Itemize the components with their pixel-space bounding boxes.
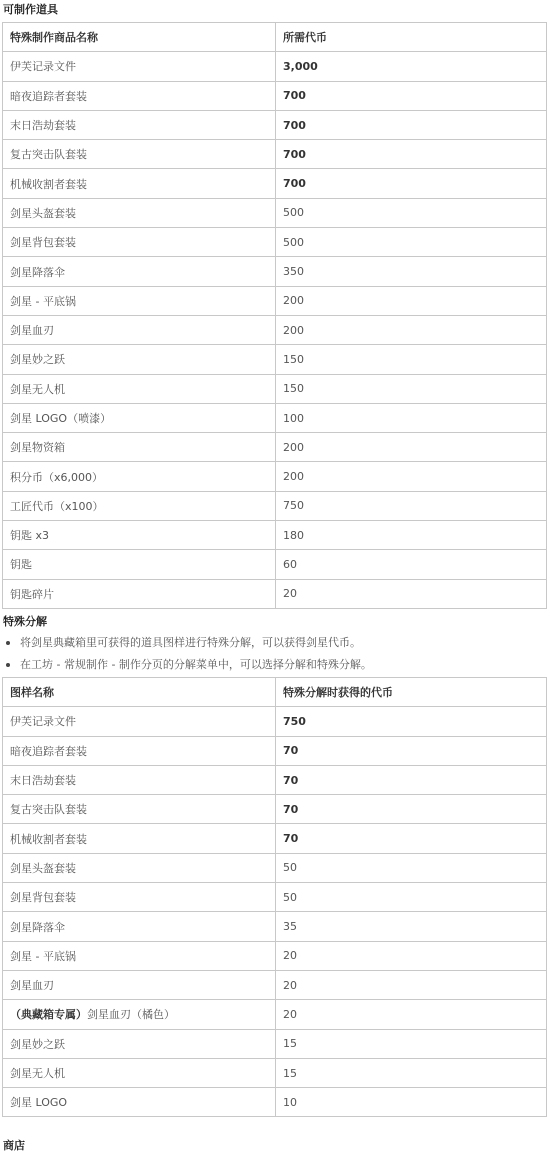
required-tokens-cell: 700	[276, 81, 547, 110]
required-tokens-cell: 200	[276, 462, 547, 491]
pattern-name-cell: 末日浩劫套装	[3, 765, 276, 794]
pattern-name-cell: 复古突击队套装	[3, 795, 276, 824]
item-name-cell: 积分币（x6,000）	[3, 462, 276, 491]
table-row: 剑星血刃20	[3, 970, 547, 999]
table-row: 钥匙60	[3, 550, 547, 579]
note-text: 在工坊 - 常规制作 - 制作分页的分解菜单中，可以选择分解和特殊分解。	[20, 658, 372, 671]
required-tokens-cell: 100	[276, 403, 547, 432]
pattern-name-cell: （典藏箱专属）剑星血刃（橘色）	[3, 1000, 276, 1029]
table-row: 剑星 - 平底锅200	[3, 286, 547, 315]
item-name-cell: 剑星血刃	[3, 315, 276, 344]
dismantle-table: 图样名称 特殊分解时获得的代币 伊芙记录文件750暗夜追踪者套装70末日浩劫套装…	[2, 677, 547, 1117]
item-name-cell: 剑星物资箱	[3, 433, 276, 462]
item-name-cell: 机械收割者套装	[3, 169, 276, 198]
table-row: 暗夜追踪者套装700	[3, 81, 547, 110]
tokens-obtained-cell: 35	[276, 912, 547, 941]
item-name-cell: 钥匙	[3, 550, 276, 579]
bullet-icon	[6, 663, 10, 667]
item-name-cell: 伊芙记录文件	[3, 52, 276, 81]
table-row: 末日浩劫套装700	[3, 110, 547, 139]
pattern-name-cell: 暗夜追踪者套装	[3, 736, 276, 765]
pattern-name-cell: 剑星 - 平底锅	[3, 941, 276, 970]
item-name-cell: 剑星背包套装	[3, 228, 276, 257]
list-item: 在工坊 - 常规制作 - 制作分页的分解菜单中，可以选择分解和特殊分解。	[0, 656, 550, 678]
section-title-craftable: 可制作道具	[3, 3, 58, 17]
pattern-name-cell: 剑星头盔套装	[3, 853, 276, 882]
tokens-obtained-cell: 20	[276, 970, 547, 999]
tokens-obtained-cell: 70	[276, 765, 547, 794]
pattern-name-cell: 伊芙记录文件	[3, 707, 276, 736]
required-tokens-cell: 350	[276, 257, 547, 286]
item-name-cell: 剑星妙之跃	[3, 345, 276, 374]
table-row: 剑星降落伞35	[3, 912, 547, 941]
table-header-row: 特殊制作商品名称 所需代币	[3, 23, 547, 52]
table-row: 剑星背包套装50	[3, 883, 547, 912]
table-row: 剑星物资箱200	[3, 433, 547, 462]
item-name-cell: 复古突击队套装	[3, 140, 276, 169]
required-tokens-cell: 200	[276, 315, 547, 344]
note-text: 将剑星典藏箱里可获得的道具图样进行特殊分解，可以获得剑星代币。	[20, 636, 361, 649]
pattern-name-cell: 剑星血刃	[3, 970, 276, 999]
pattern-name-cell: 剑星降落伞	[3, 912, 276, 941]
table-row: 剑星 LOGO10	[3, 1088, 547, 1117]
required-tokens-cell: 750	[276, 491, 547, 520]
table-row: （典藏箱专属）剑星血刃（橘色）20	[3, 1000, 547, 1029]
table-row: 剑星头盔套装50	[3, 853, 547, 882]
table-row: 剑星 - 平底锅20	[3, 941, 547, 970]
pattern-name-cell: 剑星背包套装	[3, 883, 276, 912]
table-row: 复古突击队套装70	[3, 795, 547, 824]
tokens-obtained-cell: 70	[276, 736, 547, 765]
required-tokens-cell: 180	[276, 521, 547, 550]
required-tokens-cell: 150	[276, 345, 547, 374]
table-row: 积分币（x6,000）200	[3, 462, 547, 491]
exclusive-prefix-label: （典藏箱专属）	[10, 1008, 87, 1021]
required-tokens-cell: 3,000	[276, 52, 547, 81]
required-tokens-cell: 500	[276, 198, 547, 227]
bullet-icon	[6, 641, 10, 645]
item-name-cell: 暗夜追踪者套装	[3, 81, 276, 110]
table-row: 工匠代币（x100）750	[3, 491, 547, 520]
required-tokens-cell: 200	[276, 433, 547, 462]
required-tokens-cell: 700	[276, 169, 547, 198]
item-name-cell: 剑星 LOGO（喷漆）	[3, 403, 276, 432]
item-name-cell: 末日浩劫套装	[3, 110, 276, 139]
pattern-name-cell: 机械收割者套装	[3, 824, 276, 853]
required-tokens-cell: 60	[276, 550, 547, 579]
table-row: 剑星背包套装500	[3, 228, 547, 257]
pattern-name-cell: 剑星 LOGO	[3, 1088, 276, 1117]
pattern-name-cell: 剑星妙之跃	[3, 1029, 276, 1058]
table-row: 剑星降落伞350	[3, 257, 547, 286]
tokens-obtained-cell: 15	[276, 1058, 547, 1087]
item-name-cell: 钥匙 x3	[3, 521, 276, 550]
item-name-cell: 工匠代币（x100）	[3, 491, 276, 520]
pattern-name-cell: 剑星无人机	[3, 1058, 276, 1087]
table-row: 剑星无人机150	[3, 374, 547, 403]
table-row: 剑星妙之跃15	[3, 1029, 547, 1058]
dismantle-notes-list: 将剑星典藏箱里可获得的道具图样进行特殊分解，可以获得剑星代币。 在工坊 - 常规…	[0, 634, 550, 678]
required-tokens-cell: 700	[276, 110, 547, 139]
tokens-obtained-cell: 10	[276, 1088, 547, 1117]
column-header-tokens-obtained: 特殊分解时获得的代币	[276, 678, 547, 707]
table-row: 剑星无人机15	[3, 1058, 547, 1087]
section-title-dismantle: 特殊分解	[3, 615, 47, 629]
table-row: 剑星妙之跃150	[3, 345, 547, 374]
required-tokens-cell: 150	[276, 374, 547, 403]
tokens-obtained-cell: 20	[276, 941, 547, 970]
table-header-row: 图样名称 特殊分解时获得的代币	[3, 678, 547, 707]
table-row: 伊芙记录文件3,000	[3, 52, 547, 81]
column-header-item-name: 特殊制作商品名称	[3, 23, 276, 52]
required-tokens-cell: 200	[276, 286, 547, 315]
craftable-items-table: 特殊制作商品名称 所需代币 伊芙记录文件3,000暗夜追踪者套装700末日浩劫套…	[2, 22, 547, 609]
table-row: 剑星头盔套装500	[3, 198, 547, 227]
item-name-cell: 剑星 - 平底锅	[3, 286, 276, 315]
column-header-pattern-name: 图样名称	[3, 678, 276, 707]
pattern-name-text: 剑星血刃（橘色）	[87, 1008, 175, 1021]
section-title-shop: 商店	[3, 1139, 25, 1153]
table-row: 末日浩劫套装70	[3, 765, 547, 794]
table-row: 机械收割者套装70	[3, 824, 547, 853]
table-row: 暗夜追踪者套装70	[3, 736, 547, 765]
item-name-cell: 剑星头盔套装	[3, 198, 276, 227]
column-header-required-tokens: 所需代币	[276, 23, 547, 52]
required-tokens-cell: 700	[276, 140, 547, 169]
table-row: 钥匙碎片20	[3, 579, 547, 608]
table-row: 机械收割者套装700	[3, 169, 547, 198]
table-row: 复古突击队套装700	[3, 140, 547, 169]
tokens-obtained-cell: 70	[276, 795, 547, 824]
tokens-obtained-cell: 50	[276, 853, 547, 882]
list-item: 将剑星典藏箱里可获得的道具图样进行特殊分解，可以获得剑星代币。	[0, 634, 550, 656]
table-row: 剑星血刃200	[3, 315, 547, 344]
tokens-obtained-cell: 50	[276, 883, 547, 912]
tokens-obtained-cell: 15	[276, 1029, 547, 1058]
table-row: 伊芙记录文件750	[3, 707, 547, 736]
item-name-cell: 剑星无人机	[3, 374, 276, 403]
table-row: 钥匙 x3180	[3, 521, 547, 550]
required-tokens-cell: 500	[276, 228, 547, 257]
tokens-obtained-cell: 750	[276, 707, 547, 736]
tokens-obtained-cell: 20	[276, 1000, 547, 1029]
item-name-cell: 钥匙碎片	[3, 579, 276, 608]
table-row: 剑星 LOGO（喷漆）100	[3, 403, 547, 432]
item-name-cell: 剑星降落伞	[3, 257, 276, 286]
tokens-obtained-cell: 70	[276, 824, 547, 853]
required-tokens-cell: 20	[276, 579, 547, 608]
